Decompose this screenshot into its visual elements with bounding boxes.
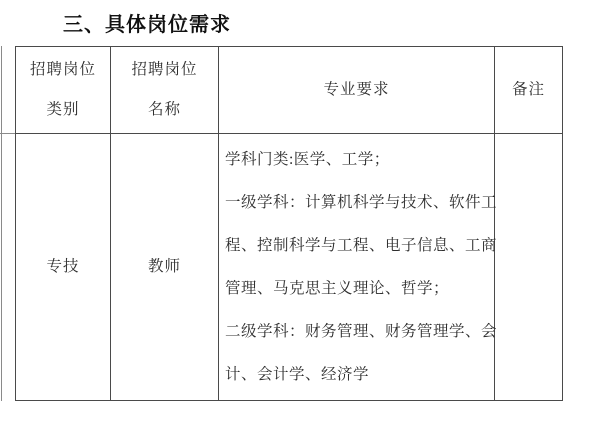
header-cell-position-name: 招聘岗位 名称 bbox=[111, 47, 219, 134]
requirement-text-line: 二级学科：财务管理、财务管理学、会 bbox=[225, 310, 497, 353]
header-label-line: 类别 bbox=[46, 90, 79, 130]
header-cell-major-requirement: 专业要求 bbox=[219, 47, 495, 134]
requirement-text-line: 管理、马克思主义理论、哲学； bbox=[225, 267, 449, 310]
remark-cell bbox=[495, 134, 562, 400]
header-cell-remark: 备注 bbox=[495, 47, 562, 134]
job-requirements-table: 招聘岗位 类别 招聘岗位 名称 专业要求 备注 专技 教师 学科门类:医学、工学… bbox=[15, 46, 563, 401]
header-label-line: 专业要求 bbox=[323, 70, 389, 110]
requirement-text-line: 计、会计学、经济学 bbox=[225, 353, 369, 396]
scan-artifact-vertical-line bbox=[1, 46, 2, 401]
requirement-text-line: 程、控制科学与工程、电子信息、工商 bbox=[225, 224, 497, 267]
header-cell-position-category: 招聘岗位 类别 bbox=[16, 47, 111, 134]
requirement-text-line: 学科门类:医学、工学； bbox=[225, 138, 390, 181]
section-title: 三、具体岗位需求 bbox=[63, 8, 231, 37]
position-name-cell: 教师 bbox=[111, 134, 219, 400]
scan-artifact-horizontal-tick bbox=[0, 133, 15, 134]
document-page: 三、具体岗位需求 招聘岗位 类别 招聘岗位 名称 专业要求 备注 专技 教师 学… bbox=[0, 0, 600, 436]
requirement-text-line: 一级学科：计算机科学与技术、软件工 bbox=[225, 181, 497, 224]
header-label-line: 招聘岗位 bbox=[131, 50, 197, 90]
header-label-line: 名称 bbox=[148, 90, 181, 130]
requirement-cell: 学科门类:医学、工学； 一级学科：计算机科学与技术、软件工 程、控制科学与工程、… bbox=[219, 134, 495, 400]
header-label-line: 招聘岗位 bbox=[30, 50, 96, 90]
category-cell: 专技 bbox=[16, 134, 111, 400]
header-label-line: 备注 bbox=[512, 70, 545, 110]
